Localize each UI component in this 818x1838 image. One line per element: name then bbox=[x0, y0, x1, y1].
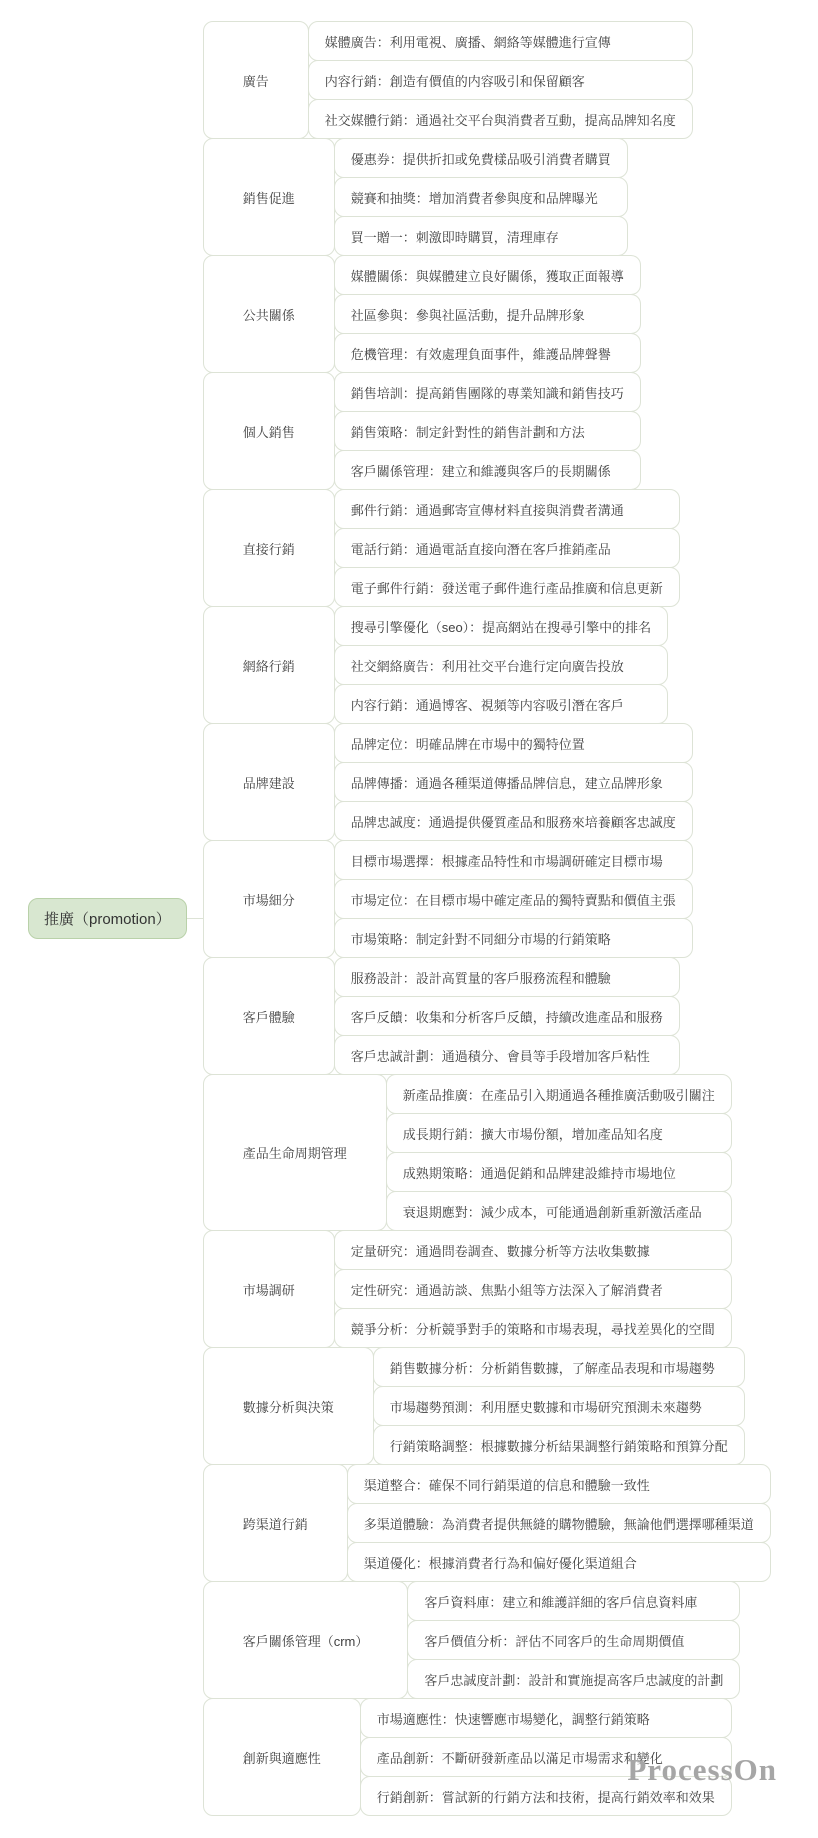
branch-node[interactable]: 市場調研 bbox=[203, 1230, 335, 1348]
children-column: 新產品推廣：在產品引入期通過各種推廣活動吸引關注成長期行銷：擴大市場份額，增加產… bbox=[386, 1074, 732, 1231]
branch-node[interactable]: 客戶關係管理（crm） bbox=[203, 1581, 409, 1699]
branch-row: 跨渠道行銷渠道整合：確保不同行銷渠道的信息和體驗一致性多渠道體驗：為消費者提供無… bbox=[203, 1464, 771, 1582]
branch-row: 直接行銷郵件行銷：通過郵寄宣傳材料直接與消費者溝通電話行銷：通過電話直接向潛在客… bbox=[203, 489, 771, 607]
branch-row: 公共關係媒體關係：與媒體建立良好關係，獲取正面報導社區參與：參與社區活動，提升品… bbox=[203, 255, 771, 373]
leaf-node[interactable]: 品牌忠誠度：通過提供優質產品和服務來培養顧客忠誠度 bbox=[334, 801, 693, 841]
leaf-node[interactable]: 目標市場選擇：根據產品特性和市場調研確定目標市場 bbox=[334, 840, 693, 880]
branch-node[interactable]: 廣告 bbox=[203, 21, 309, 139]
leaf-node[interactable]: 搜尋引擎優化（seo）：提高網站在搜尋引擎中的排名 bbox=[334, 606, 668, 646]
children-column: 服務設計：設計高質量的客戶服務流程和體驗客戶反饋：收集和分析客戶反饋，持續改進產… bbox=[334, 957, 680, 1075]
children-column: 目標市場選擇：根據產品特性和市場調研確定目標市場市場定位：在目標市場中確定產品的… bbox=[334, 840, 693, 958]
leaf-node[interactable]: 競爭分析：分析競爭對手的策略和市場表現，尋找差異化的空間 bbox=[334, 1308, 732, 1348]
leaf-node[interactable]: 社交網絡廣告：利用社交平台進行定向廣告投放 bbox=[334, 645, 668, 685]
leaf-node[interactable]: 社區參與：參與社區活動，提升品牌形象 bbox=[334, 294, 641, 334]
branch-row: 創新與適應性市場適應性：快速響應市場變化，調整行銷策略產品創新：不斷研發新產品以… bbox=[203, 1698, 771, 1816]
root-connector-line bbox=[187, 918, 203, 919]
children-column: 媒體關係：與媒體建立良好關係，獲取正面報導社區參與：參與社區活動，提升品牌形象危… bbox=[334, 255, 641, 373]
children-column: 定量研究：通過問卷調查、數據分析等方法收集數據定性研究：通過訪談、焦點小組等方法… bbox=[334, 1230, 732, 1348]
leaf-node[interactable]: 多渠道體驗：為消費者提供無縫的購物體驗，無論他們選擇哪種渠道 bbox=[347, 1503, 771, 1543]
branch-row: 市場調研定量研究：通過問卷調查、數據分析等方法收集數據定性研究：通過訪談、焦點小… bbox=[203, 1230, 771, 1348]
branch-node[interactable]: 客戶體驗 bbox=[203, 957, 335, 1075]
leaf-node[interactable]: 客戶忠誠度計劃：設計和實施提高客戶忠誠度的計劃 bbox=[407, 1659, 740, 1699]
leaf-node[interactable]: 衰退期應對：減少成本，可能通過創新重新激活產品 bbox=[386, 1191, 732, 1231]
children-column: 渠道整合：確保不同行銷渠道的信息和體驗一致性多渠道體驗：為消費者提供無縫的購物體… bbox=[347, 1464, 771, 1582]
leaf-node[interactable]: 銷售培訓：提高銷售團隊的專業知識和銷售技巧 bbox=[334, 372, 641, 412]
leaf-node[interactable]: 競賽和抽獎：增加消費者參與度和品牌曝光 bbox=[334, 177, 628, 217]
children-column: 市場適應性：快速響應市場變化，調整行銷策略產品創新：不斷研發新產品以滿足市場需求… bbox=[360, 1698, 732, 1816]
children-column: 客戶資料庫：建立和維護詳細的客戶信息資料庫客戶價值分析：評估不同客戶的生命周期價… bbox=[407, 1581, 740, 1699]
branch-node[interactable]: 創新與適應性 bbox=[203, 1698, 361, 1816]
branch-node[interactable]: 公共關係 bbox=[203, 255, 335, 373]
leaf-node[interactable]: 品牌定位：明確品牌在市場中的獨特位置 bbox=[334, 723, 693, 763]
children-column: 品牌定位：明確品牌在市場中的獨特位置品牌傳播：通過各種渠道傳播品牌信息，建立品牌… bbox=[334, 723, 693, 841]
leaf-node[interactable]: 市場策略：制定針對不同細分市場的行銷策略 bbox=[334, 918, 693, 958]
branch-node[interactable]: 直接行銷 bbox=[203, 489, 335, 607]
children-column: 優惠券：提供折扣或免費樣品吸引消費者購買競賽和抽獎：增加消費者參與度和品牌曝光買… bbox=[334, 138, 628, 256]
branch-node[interactable]: 市場細分 bbox=[203, 840, 335, 958]
leaf-node[interactable]: 定量研究：通過問卷調查、數據分析等方法收集數據 bbox=[334, 1230, 732, 1270]
branch-node[interactable]: 個人銷售 bbox=[203, 372, 335, 490]
leaf-node[interactable]: 内容行銷：創造有價值的内容吸引和保留顧客 bbox=[308, 60, 693, 100]
leaf-node[interactable]: 社交媒體行銷：通過社交平台與消費者互動，提高品牌知名度 bbox=[308, 99, 693, 139]
children-column: 銷售培訓：提高銷售團隊的專業知識和銷售技巧銷售策略：制定針對性的銷售計劃和方法客… bbox=[334, 372, 641, 490]
leaf-node[interactable]: 客戶關係管理：建立和維護與客戶的長期關係 bbox=[334, 450, 641, 490]
root-node[interactable]: 推廣（promotion） bbox=[28, 898, 187, 939]
leaf-node[interactable]: 成長期行銷：擴大市場份額，增加產品知名度 bbox=[386, 1113, 732, 1153]
leaf-node[interactable]: 内容行銷：通過博客、視頻等内容吸引潛在客戶 bbox=[334, 684, 668, 724]
branch-node[interactable]: 產品生命周期管理 bbox=[203, 1074, 387, 1231]
branches-container: 廣告媒體廣告：利用電視、廣播、網絡等媒體進行宣傳内容行銷：創造有價值的内容吸引和… bbox=[203, 21, 771, 1816]
leaf-node[interactable]: 服務設計：設計高質量的客戶服務流程和體驗 bbox=[334, 957, 680, 997]
children-column: 銷售數據分析：分析銷售數據，了解產品表現和市場趨勢市場趨勢預測：利用歷史數據和市… bbox=[373, 1347, 745, 1465]
leaf-node[interactable]: 媒體關係：與媒體建立良好關係，獲取正面報導 bbox=[334, 255, 641, 295]
leaf-node[interactable]: 產品創新：不斷研發新產品以滿足市場需求和變化 bbox=[360, 1737, 732, 1777]
leaf-node[interactable]: 市場適應性：快速響應市場變化，調整行銷策略 bbox=[360, 1698, 732, 1738]
leaf-node[interactable]: 優惠券：提供折扣或免費樣品吸引消費者購買 bbox=[334, 138, 628, 178]
branch-row: 個人銷售銷售培訓：提高銷售團隊的專業知識和銷售技巧銷售策略：制定針對性的銷售計劃… bbox=[203, 372, 771, 490]
branch-node[interactable]: 數據分析與決策 bbox=[203, 1347, 374, 1465]
leaf-node[interactable]: 買一贈一：刺激即時購買，清理庫存 bbox=[334, 216, 628, 256]
branch-row: 數據分析與決策銷售數據分析：分析銷售數據，了解產品表現和市場趨勢市場趨勢預測：利… bbox=[203, 1347, 771, 1465]
branch-row: 客戶關係管理（crm）客戶資料庫：建立和維護詳細的客戶信息資料庫客戶價值分析：評… bbox=[203, 1581, 771, 1699]
children-column: 媒體廣告：利用電視、廣播、網絡等媒體進行宣傳内容行銷：創造有價值的内容吸引和保留… bbox=[308, 21, 693, 139]
mindmap: 推廣（promotion） 廣告媒體廣告：利用電視、廣播、網絡等媒體進行宣傳内容… bbox=[28, 21, 771, 1816]
children-column: 搜尋引擎優化（seo）：提高網站在搜尋引擎中的排名社交網絡廣告：利用社交平台進行… bbox=[334, 606, 668, 724]
branch-row: 客戶體驗服務設計：設計高質量的客戶服務流程和體驗客戶反饋：收集和分析客戶反饋，持… bbox=[203, 957, 771, 1075]
branch-row: 產品生命周期管理新產品推廣：在產品引入期通過各種推廣活動吸引關注成長期行銷：擴大… bbox=[203, 1074, 771, 1231]
leaf-node[interactable]: 定性研究：通過訪談、焦點小組等方法深入了解消費者 bbox=[334, 1269, 732, 1309]
leaf-node[interactable]: 品牌傳播：通過各種渠道傳播品牌信息，建立品牌形象 bbox=[334, 762, 693, 802]
branch-node[interactable]: 跨渠道行銷 bbox=[203, 1464, 348, 1582]
leaf-node[interactable]: 銷售策略：制定針對性的銷售計劃和方法 bbox=[334, 411, 641, 451]
leaf-node[interactable]: 銷售數據分析：分析銷售數據，了解產品表現和市場趨勢 bbox=[373, 1347, 745, 1387]
leaf-node[interactable]: 市場趨勢預測：利用歷史數據和市場研究預測未來趨勢 bbox=[373, 1386, 745, 1426]
leaf-node[interactable]: 電話行銷：通過電話直接向潛在客戶推銷產品 bbox=[334, 528, 680, 568]
children-column: 郵件行銷：通過郵寄宣傳材料直接與消費者溝通電話行銷：通過電話直接向潛在客戶推銷產… bbox=[334, 489, 680, 607]
leaf-node[interactable]: 市場定位：在目標市場中確定產品的獨特賣點和價值主張 bbox=[334, 879, 693, 919]
branch-row: 市場細分目標市場選擇：根據產品特性和市場調研確定目標市場市場定位：在目標市場中確… bbox=[203, 840, 771, 958]
leaf-node[interactable]: 成熟期策略：通過促銷和品牌建設維持市場地位 bbox=[386, 1152, 732, 1192]
branch-row: 網絡行銷搜尋引擎優化（seo）：提高網站在搜尋引擎中的排名社交網絡廣告：利用社交… bbox=[203, 606, 771, 724]
leaf-node[interactable]: 客戶反饋：收集和分析客戶反饋，持續改進產品和服務 bbox=[334, 996, 680, 1036]
leaf-node[interactable]: 電子郵件行銷：發送電子郵件進行產品推廣和信息更新 bbox=[334, 567, 680, 607]
leaf-node[interactable]: 新產品推廣：在產品引入期通過各種推廣活動吸引關注 bbox=[386, 1074, 732, 1114]
leaf-node[interactable]: 行銷創新：嘗試新的行銷方法和技術，提高行銷效率和效果 bbox=[360, 1776, 732, 1816]
leaf-node[interactable]: 媒體廣告：利用電視、廣播、網絡等媒體進行宣傳 bbox=[308, 21, 693, 61]
leaf-node[interactable]: 客戶忠誠計劃：通過積分、會員等手段增加客戶粘性 bbox=[334, 1035, 680, 1075]
leaf-node[interactable]: 郵件行銷：通過郵寄宣傳材料直接與消費者溝通 bbox=[334, 489, 680, 529]
branch-node[interactable]: 銷售促進 bbox=[203, 138, 335, 256]
leaf-node[interactable]: 客戶價值分析：評估不同客戶的生命周期價值 bbox=[407, 1620, 740, 1660]
branch-row: 品牌建設品牌定位：明確品牌在市場中的獨特位置品牌傳播：通過各種渠道傳播品牌信息，… bbox=[203, 723, 771, 841]
branch-node[interactable]: 品牌建設 bbox=[203, 723, 335, 841]
branch-node[interactable]: 網絡行銷 bbox=[203, 606, 335, 724]
leaf-node[interactable]: 行銷策略調整：根據數據分析結果調整行銷策略和預算分配 bbox=[373, 1425, 745, 1465]
leaf-node[interactable]: 渠道整合：確保不同行銷渠道的信息和體驗一致性 bbox=[347, 1464, 771, 1504]
leaf-node[interactable]: 渠道優化：根據消費者行為和偏好優化渠道組合 bbox=[347, 1542, 771, 1582]
leaf-node[interactable]: 客戶資料庫：建立和維護詳細的客戶信息資料庫 bbox=[407, 1581, 740, 1621]
branch-row: 銷售促進優惠券：提供折扣或免費樣品吸引消費者購買競賽和抽獎：增加消費者參與度和品… bbox=[203, 138, 771, 256]
branch-row: 廣告媒體廣告：利用電視、廣播、網絡等媒體進行宣傳内容行銷：創造有價值的内容吸引和… bbox=[203, 21, 771, 139]
leaf-node[interactable]: 危機管理：有效處理負面事件，維護品牌聲譽 bbox=[334, 333, 641, 373]
